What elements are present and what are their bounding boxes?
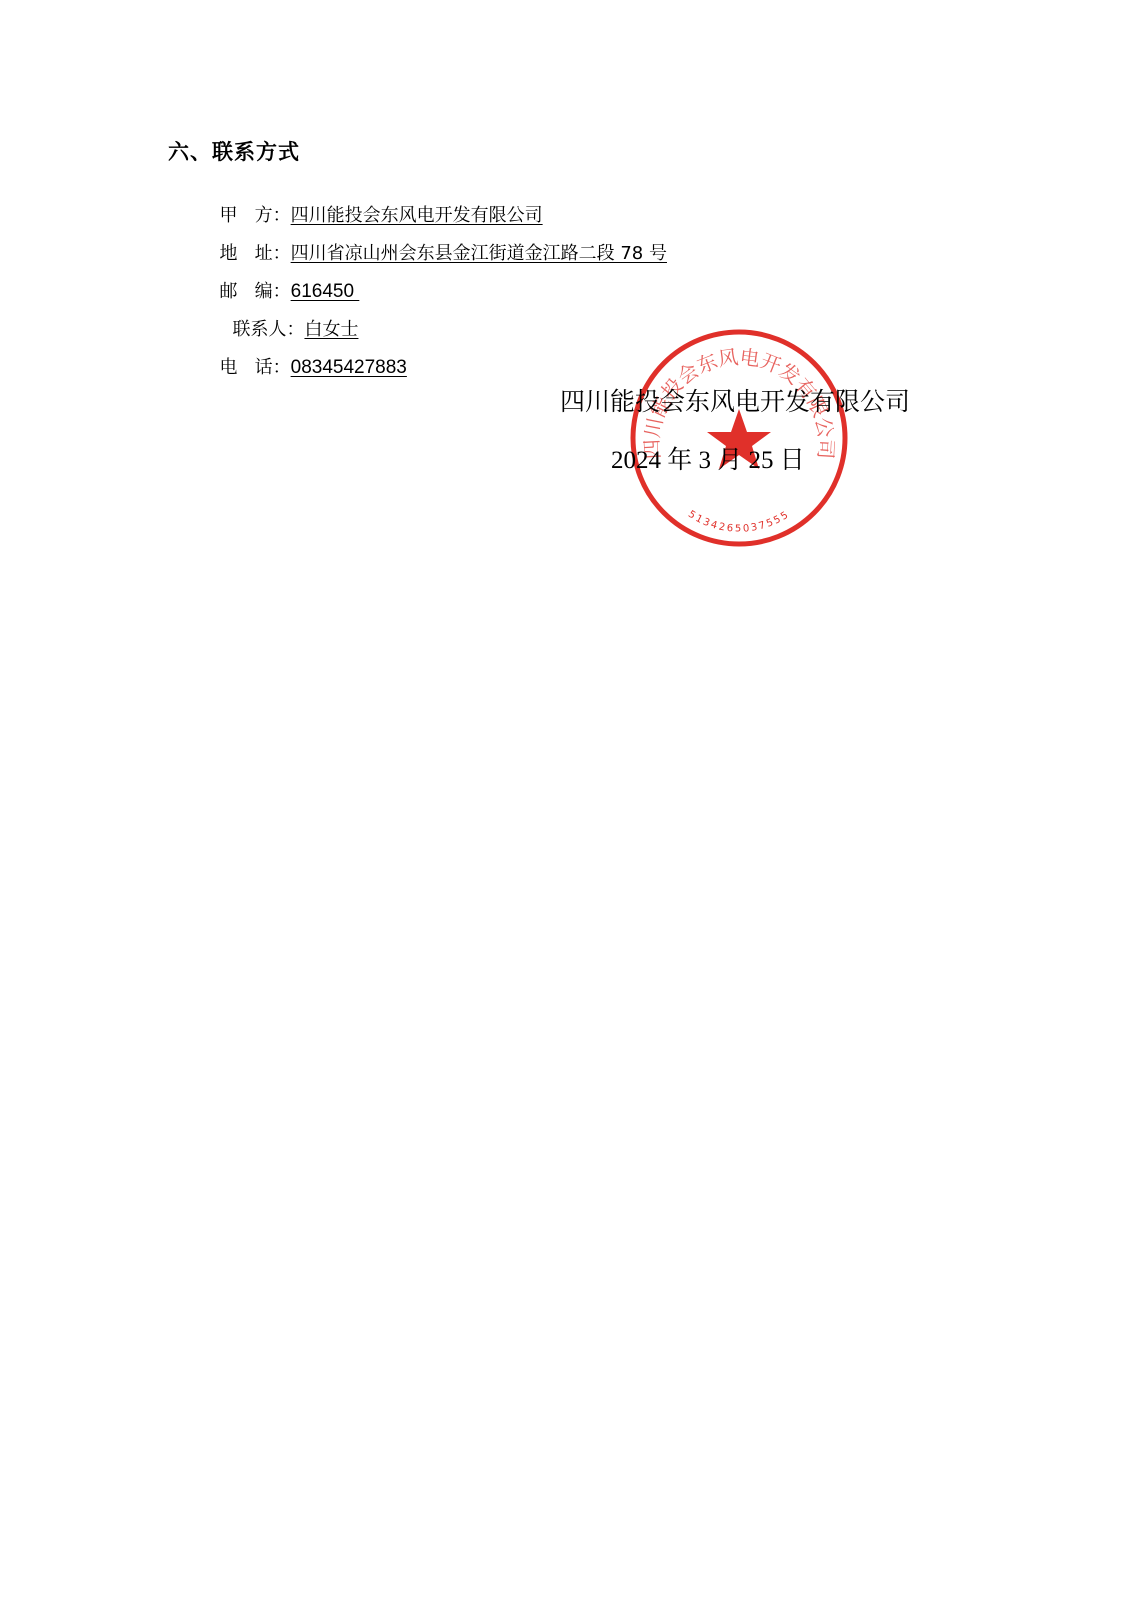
svg-text:5134265037555: 5134265037555 [686, 509, 792, 535]
phone-label: 电 话： [219, 353, 290, 379]
company-seal: 四川能投会东风电开发有限公司 5134265037555 [628, 327, 850, 549]
signature-date: 2024 年 3 月 25 日 [611, 440, 805, 476]
section-heading: 六、联系方式 [168, 136, 300, 166]
contact-row-phone: 电 话：08345427883 [208, 332, 407, 379]
phone-value: 08345427883 [291, 357, 407, 378]
seal-serial: 5134265037555 [686, 509, 792, 535]
signature-company: 四川能投会东风电开发有限公司 [560, 382, 910, 418]
